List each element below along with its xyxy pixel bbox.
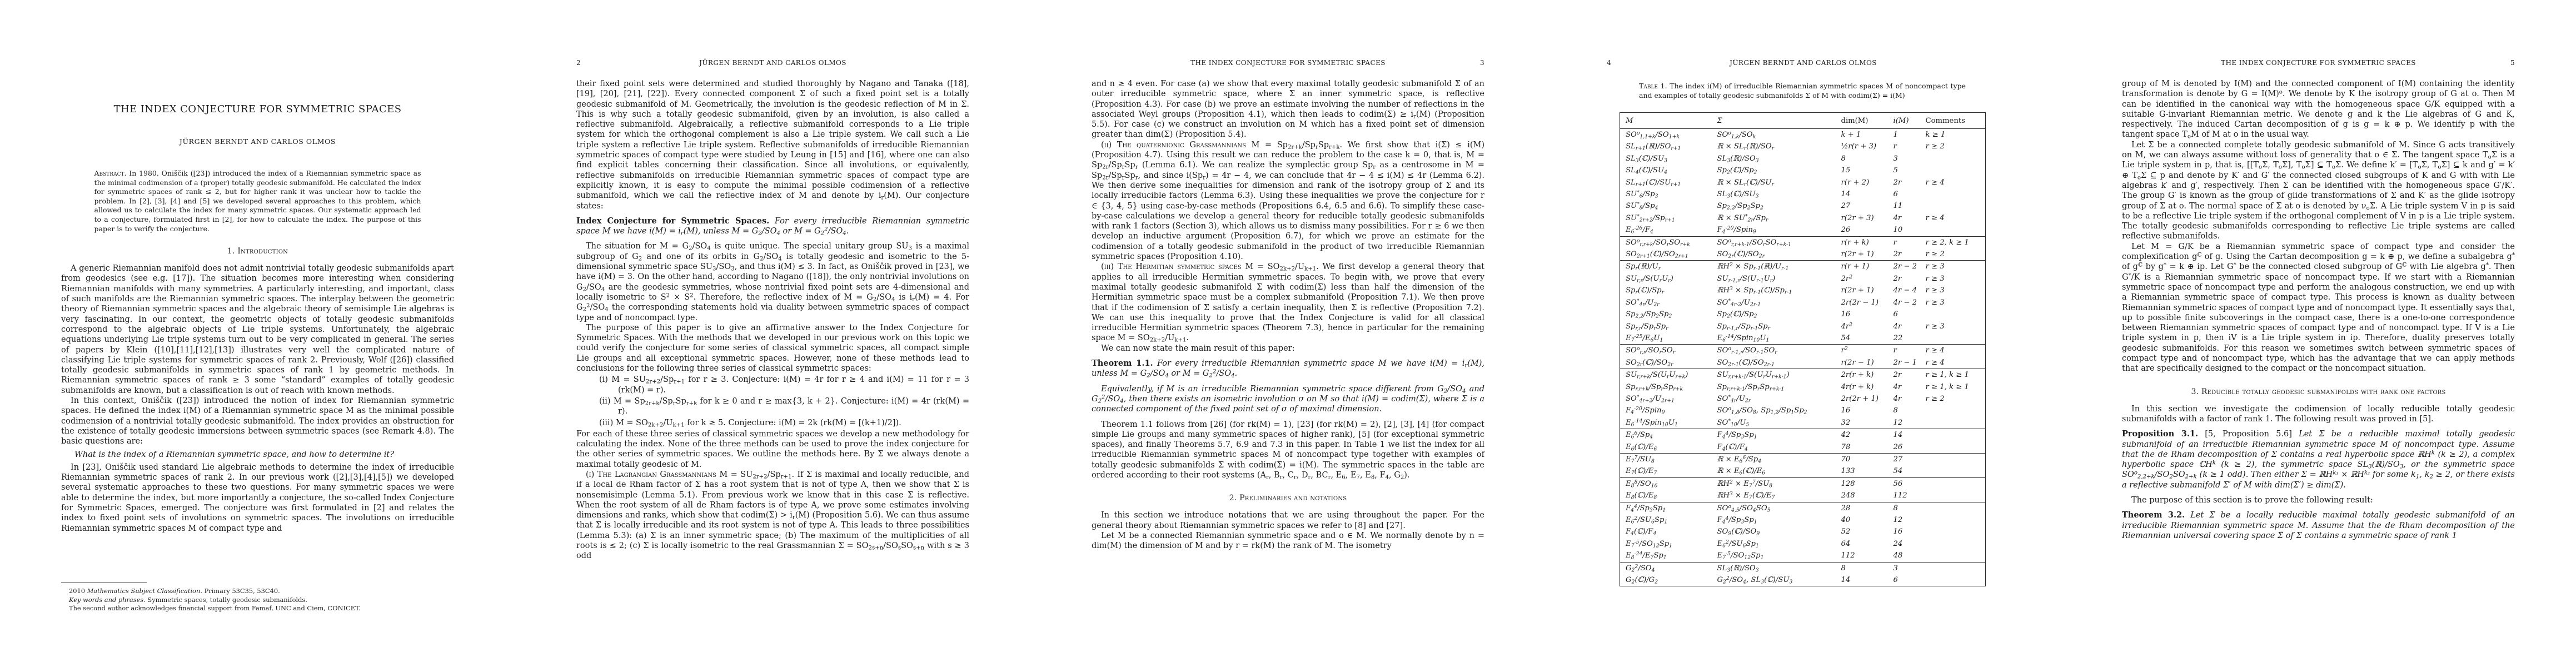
paragraph: Let M be a connected Riemannian symmetri… [1092,531,1484,551]
table-cell: 2r(2r + 1) [1836,393,1888,405]
footnote: 2010 Mathematics Subject Classification.… [61,587,454,596]
footnote: Key words and phrases. Symmetric spaces,… [61,596,454,605]
page-5: THE INDEX CONJECTURE FOR SYMMETRIC SPACE… [2061,0,2576,667]
column-header-i: i(M) [1888,113,1920,129]
table-cell: SL3(ℂ)/SU3 [1620,153,1712,165]
table-cell: SU*2r+2/Spr+1 [1620,212,1712,224]
page-2: 2 JÜRGEN BERNDT AND CARLOS OLMOS their f… [515,0,1030,667]
table-header-row: M Σ dim(M) i(M) Comments [1620,113,1986,129]
table-cell: 27 [1888,453,1920,465]
table-cell: SL4(ℂ)/SU4 [1620,165,1712,176]
table-cell [1920,453,1986,465]
table-cell: SLr+1(ℂ)/SUr+1 [1620,177,1712,188]
table-cell: 12 [1888,417,1920,429]
paragraph: and n ≥ 4 even. For case (a) we show tha… [1092,79,1484,140]
section-1-heading: 1. Introduction [61,247,454,256]
table-cell: 64 [1836,538,1888,550]
table-cell: r ≥ 4 [1920,212,1986,224]
table-cell: r(r + k) [1836,236,1888,248]
table-cell: 42 [1836,429,1888,441]
table-cell: 112 [1888,490,1920,502]
table-cell: r ≥ 3 [1920,273,1986,285]
table-row: SO2r(ℂ)/SO2rSO2r-1(ℂ)/SO2r-1r(2r − 1)2r … [1620,357,1986,369]
table-row: SO*4r/U2rSO*4r-2/U2r-12r(2r − 1)4r − 2r … [1620,297,1986,308]
table-cell: F4(ℂ)/F4 [1620,526,1712,537]
table-cell: r2 [1836,345,1888,357]
table-cell: r(2r + 1) [1836,285,1888,296]
paragraph: In this section we investigate the codim… [2122,404,2515,425]
table-row: Spr,r+k/SprSpr+kSpr,r+k-1/SprSpr+k-14r(r… [1620,381,1986,393]
table-cell: ℝ × E6(ℂ)/E6 [1712,465,1836,477]
table-cell [1920,514,1986,526]
table-cell: r ≥ 4 [1920,345,1986,357]
table-cell: Sp2,2/Sp2Sp2 [1712,200,1836,212]
table-cell: r ≥ 2, k ≥ 1 [1920,236,1986,248]
table-cell: r ≥ 2 [1920,248,1986,261]
table-cell: 4r − 2 [1888,297,1920,308]
table-cell: 56 [1888,477,1920,490]
table-cell: r ≥ 3 [1920,261,1986,273]
page-number: 3 [1462,59,1484,67]
table-cell: 6 [1888,574,1920,586]
page-number: 4 [1607,59,1629,67]
running-head-title: THE INDEX CONJECTURE FOR SYMMETRIC SPACE… [1114,59,1462,67]
table-cell: 8 [1888,502,1920,514]
column-header-dim: dim(M) [1836,113,1888,129]
page-3: THE INDEX CONJECTURE FOR SYMMETRIC SPACE… [1030,0,1546,667]
running-head: 4 JÜRGEN BERNDT AND CARLOS OLMOS [1607,0,2000,67]
table-cell: 2r2 [1836,273,1888,285]
table-cell [1920,153,1986,165]
table-cell [1920,538,1986,550]
paragraph: For each of these three series of classi… [576,429,969,470]
table-cell: 4r(r + k) [1836,381,1888,393]
footnotes: 2010 Mathematics Subject Classification.… [61,583,454,613]
table-cell: E7(ℂ)/E7 [1620,465,1712,477]
footnote-italic: Mathematics Subject Classification. [87,587,202,595]
table-cell: r(2r + 1) [1836,248,1888,261]
table-cell: ℝH3 × Spr-1(ℂ)/Spr-1 [1712,285,1836,296]
table-1: M Σ dim(M) i(M) Comments SOo1,1+k/SO1+kS… [1620,112,2000,586]
table-row: E8-24/E7Sp1E7-5/SO12Sp111248 [1620,550,1986,562]
theorem-1-1: Theorem 1.1. For every irreducible Riema… [1092,359,1484,379]
table-cell: G2(ℂ)/G2 [1620,574,1712,586]
table-cell: SOor,r/SOrSOr [1620,345,1712,357]
table-cell: k + 1 [1836,129,1888,141]
equivalently-paragraph: Equivalently, if M is an irreducible Rie… [1092,384,1484,415]
page-1: THE INDEX CONJECTURE FOR SYMMETRIC SPACE… [0,0,515,667]
paragraph: Let Σ be a connected complete totally ge… [2122,140,2515,242]
table-row: Sp2,2/Sp2Sp2Sp2(ℂ)/Sp2166 [1620,308,1986,320]
table-cell: SUr,r+k-1/S(UrUr+k-1) [1712,369,1836,381]
table-cell: 5 [1888,165,1920,176]
table-cell [1920,490,1986,502]
table-row: SL3(ℂ)/SU3SL3(ℝ)/SO383 [1620,153,1986,165]
table-cell: E7-25/E6U1 [1620,332,1712,345]
table-cell: 14 [1836,188,1888,200]
running-head: THE INDEX CONJECTURE FOR SYMMETRIC SPACE… [2122,0,2515,67]
index-conjecture: Index Conjecture for Symmetric Spaces. F… [576,216,969,237]
table-cell: SUr,r/S(UrUr) [1620,273,1712,285]
table-cell: E6-26/F4 [1620,224,1712,236]
paragraph: their fixed point sets were determined a… [576,79,969,211]
paragraph: In [23], Oniščik used standard Lie algeb… [61,462,454,534]
paragraph: The purpose of this paper is to give an … [576,323,969,374]
paragraph-text: M = SU2r+2/Spr+1. If Σ is maximal and lo… [576,470,969,560]
table-cell: 6 [1888,308,1920,320]
table-cell: E8-24/E7Sp1 [1620,550,1712,562]
table-caption-label: Table 1. [1639,82,1667,90]
footnote-text: Symmetric spaces, totally geodesic subma… [147,596,307,604]
table-cell: SO2r(ℂ)/SO2r [1712,248,1836,261]
table-row: Spr(ℂ)/SprℝH3 × Spr-1(ℂ)/Spr-1r(2r + 1)4… [1620,285,1986,296]
table-cell: 6 [1888,188,1920,200]
table-cell: E6(ℂ)/E6 [1620,441,1712,454]
table-cell: ℝ × SLr(ℂ)/SUr [1712,177,1836,188]
table-cell [1920,332,1986,345]
table-cell: 2r(2r − 1) [1836,297,1888,308]
table-cell: Spr-1,r/Spr-1Spr [1712,321,1836,332]
table-cell [1920,550,1986,562]
table-cell: r ≥ 1, k ≥ 1 [1920,369,1986,381]
table-row: SU*8/Sp4Sp2,2/Sp2Sp22711 [1620,200,1986,212]
table-cell: SL3(ℝ)/SO3 [1712,153,1836,165]
table-cell: E88/SO16 [1620,477,1712,490]
table-cell: 16 [1836,308,1888,320]
table-cell: k ≥ 1 [1920,129,1986,141]
paragraph: (i) The Lagrangian Grassmannians M = SU2… [576,470,969,561]
footnote: The second author acknowledges financial… [61,604,454,613]
paper-authors: JÜRGEN BERNDT AND CARLOS OLMOS [61,137,454,146]
table-cell: SL3(ℝ)/SO3 [1712,562,1836,574]
table-cell: Spr,r+k-1/SprSpr+k-1 [1712,381,1836,393]
table-cell: SU*8/Sp4 [1620,200,1712,212]
table-cell: SO2r-1(ℂ)/SO2r-1 [1712,357,1836,369]
table-cell: 112 [1836,550,1888,562]
paragraph: In this context, Oniščik ([23]) introduc… [61,396,454,446]
table-cell: 8 [1836,153,1888,165]
list-item-ii: (ii) M = Sp2r+k/SprSpr+k for k ≥ 0 and r… [576,396,969,417]
table-cell: F44/Sp3Sp1 [1620,502,1712,514]
table-cell: F44/Sp3Sp1 [1712,429,1836,441]
table-cell: 12 [1888,514,1920,526]
table-cell: 4r [1888,212,1920,224]
table-cell: 248 [1836,490,1888,502]
table-cell: F4(ℂ)/F4 [1712,441,1836,454]
table-cell: r [1888,345,1920,357]
table-cell: r [1888,236,1920,248]
theorem-label: Theorem 1.1. [1092,359,1153,368]
table-cell: ½r(r + 3) [1836,141,1888,152]
table-cell: Sp2,2/Sp2Sp2 [1620,308,1712,320]
table-cell [1920,165,1986,176]
theorem-3-2: Theorem 3.2. Let Σ be a locally reducibl… [2122,510,2515,541]
table-cell: SOo1,8/SO8, Sp1,2/Sp1Sp2 [1712,405,1836,416]
abstract: Abstract. In 1980, Oniščik ([23]) introd… [94,169,421,233]
paragraph: In this section we introduce notations t… [1092,510,1484,531]
table-cell: SO2r(ℂ)/SO2r [1620,357,1712,369]
running-head: THE INDEX CONJECTURE FOR SYMMETRIC SPACE… [1092,0,1484,67]
paragraph: The purpose of this section is to prove … [2122,495,2515,505]
table-cell: 3 [1888,153,1920,165]
table-cell: SLr+1(ℝ)/SOr+1 [1620,141,1712,152]
table-cell: SOo1,1+k/SO1+k [1620,129,1712,141]
table-cell: SO*4r-2/U2r-1 [1712,297,1836,308]
table-cell: 4r − 4 [1888,285,1920,296]
table-cell: SL3(ℂ)/SU3 [1712,188,1836,200]
abstract-text: In 1980, Oniščik ([23]) introduced the i… [94,169,421,233]
table-cell: 70 [1836,453,1888,465]
table-cell: SO*4r/U2r [1620,297,1712,308]
table-cell: E7-5/SO12Sp1 [1712,550,1836,562]
table-row: SUr,r+k/S(UrUr+k)SUr,r+k-1/S(UrUr+k-1)2r… [1620,369,1986,381]
paragraph: The situation for M = G2/SO4 is quite un… [576,241,969,322]
table-cell: Spr,r/SprSpr [1620,321,1712,332]
paragraph-text: M = Sp2r+k/SprSpr+k. We first show that … [1092,141,1484,261]
table-cell: 16 [1888,526,1920,537]
table-cell: 32 [1836,417,1888,429]
table-cell: SUr,r+k/S(UrUr+k) [1620,369,1712,381]
table-cell: G22/SO4, SL3(ℂ)/SU3 [1712,574,1836,586]
table-cell: r ≥ 2 [1920,141,1986,152]
footnote-rule [61,583,147,583]
table-cell: E77/SU8 [1620,453,1712,465]
table-cell: r ≥ 4 [1920,357,1986,369]
table-cell: r ≥ 3 [1920,285,1986,296]
list-item-iii: (iii) M = SO2k+2/Uk+1 for k ≥ 5. Conject… [576,418,969,428]
footnote-italic: Key words and phrases. [69,596,146,604]
table-cell: F4-20/Spin9 [1620,405,1712,416]
table-cell: SUr-1,r/S(Ur-1Ur) [1712,273,1836,285]
table-cell: r(2r + 3) [1836,212,1888,224]
table-caption-text: The index i(M) of irreducible Riemannian… [1639,82,1966,99]
run-in-heading: (ii) The quaternionic Grassmannians [1101,141,1246,150]
paragraph: A generic Riemannian manifold does not a… [61,263,454,396]
table-row: E66/Sp4F44/Sp3Sp14214 [1620,429,1986,441]
footnote-text: 2010 [69,587,85,595]
table-cell: 10 [1888,224,1920,236]
table-cell: 27 [1836,200,1888,212]
table-cell: G22/SO4 [1620,562,1712,574]
table-cell: E62/SU6Sp1 [1712,538,1836,550]
table-cell: Sp2(ℂ)/Sp2 [1712,165,1836,176]
table-cell: SOo1,k/SOk [1712,129,1836,141]
table-cell: r ≥ 3 [1920,321,1986,332]
table-cell: 26 [1888,441,1920,454]
list-item-i: (i) M = SU2r+2/Spr+1 for r ≥ 3. Conjectu… [576,375,969,395]
table-row: SLr+1(ℝ)/SOr+1ℝ × SLr(ℝ)/SOr½r(r + 3)rr … [1620,141,1986,152]
table-cell: F4-20/Spin9 [1712,224,1836,236]
table-row: F44/Sp3Sp1SOo4,5/SO4SO5288 [1620,502,1986,514]
abstract-label: Abstract. [94,169,127,177]
table-cell: r ≥ 2 [1920,393,1986,405]
table-cell: 2r [1888,369,1920,381]
table-row: SOo1,1+k/SO1+kSOo1,k/SOkk + 11k ≥ 1 [1620,129,1986,141]
table-cell: E7-5/SO12Sp1 [1620,538,1712,550]
table-cell [1920,405,1986,416]
table-row: E62/SU6Sp1F44/Sp3Sp14012 [1620,514,1986,526]
table-row: E88/SO16ℝH2 × E77/SU812856 [1620,477,1986,490]
table-cell: r(2r − 1) [1836,357,1888,369]
paragraph: (iii) The Hermitian symmetric spaces M =… [1092,262,1484,343]
index-table: M Σ dim(M) i(M) Comments SOo1,1+k/SO1+kS… [1620,112,1986,586]
table-row: Spr(ℝ)/UrℝH2 × Spr-1(ℝ)/Ur-1r(r + 1)2r −… [1620,261,1986,273]
table-cell: 26 [1836,224,1888,236]
table-cell: r ≥ 4 [1920,177,1986,188]
paragraph: group of M is denoted by I(M) and the co… [2122,79,2515,140]
table-row: E6-14/Spin10U1SO*10/U53212 [1620,417,1986,429]
section-2-heading: 2. Preliminaries and notations [1092,494,1484,502]
table-cell: E66/Sp4 [1620,429,1712,441]
column-header-Sigma: Σ [1712,113,1836,129]
table-cell: E6-14/Spin10U1 [1712,332,1836,345]
table-cell: SO*4r+2/U2r+1 [1620,393,1712,405]
table-cell [1920,188,1986,200]
table-cell: SO*4r/U2r [1712,393,1836,405]
table-cell: ℝH2 × E77/SU8 [1712,477,1836,490]
table-cell: SO2r+1(ℂ)/SO2r+1 [1620,248,1712,261]
table-cell: 28 [1836,502,1888,514]
table-cell: Spr(ℝ)/Ur [1620,261,1712,273]
table-cell: SOor,r+k/SOrSOr+k [1620,236,1712,248]
table-cell: 15 [1836,165,1888,176]
table-row: F4-20/Spin9SOo1,8/SO8, Sp1,2/Sp1Sp2168 [1620,405,1986,416]
table-cell [1920,224,1986,236]
running-head-authors: JÜRGEN BERNDT AND CARLOS OLMOS [599,59,947,67]
table-row: G22/SO4SL3(ℝ)/SO383 [1620,562,1986,574]
table-cell: 14 [1888,429,1920,441]
table-cell: ℝ × SLr(ℝ)/SOr [1712,141,1836,152]
table-cell: 4r [1888,381,1920,393]
table-cell [1920,429,1986,441]
paragraph: We can now state the main result of this… [1092,344,1484,354]
table-cell: 54 [1836,332,1888,345]
theorem-label: Theorem 3.2. [2122,510,2185,520]
table-cell: SO9(ℂ)/SO9 [1712,526,1836,537]
page-number: 5 [2493,59,2515,67]
paragraph: (ii) The quaternionic Grassmannians M = … [1092,140,1484,262]
column-header-comments: Comments [1920,113,1986,129]
table-cell: 1 [1888,129,1920,141]
table-cell [1920,465,1986,477]
table-cell: E6-14/Spin10U1 [1620,417,1712,429]
table-row: E6(ℂ)/E6F4(ℂ)/F47826 [1620,441,1986,454]
question-line: What is the index of a Riemannian symmet… [61,450,454,460]
table-cell: 14 [1836,574,1888,586]
table-row: F4(ℂ)/F4SO9(ℂ)/SO95216 [1620,526,1986,537]
table-cell: 2r [1888,273,1920,285]
table-row: Spr,r/SprSprSpr-1,r/Spr-1Spr4r24rr ≥ 3 [1620,321,1986,332]
table-cell: r ≥ 3 [1920,297,1986,308]
run-in-heading: (i) The Lagrangian Grassmannians [586,470,716,479]
table-cell: E8(ℂ)/E8 [1620,490,1712,502]
table-cell: 4r [1888,393,1920,405]
table-row: E8(ℂ)/E8ℝH3 × E7(ℂ)/E7248112 [1620,490,1986,502]
table-row: SU*6/Sp3SL3(ℂ)/SU3146 [1620,188,1986,200]
table-row: E7-25/E6U1E6-14/Spin10U15422 [1620,332,1986,345]
table-cell: E62/SU6Sp1 [1620,514,1712,526]
page-4: 4 JÜRGEN BERNDT AND CARLOS OLMOS Table 1… [1546,0,2061,667]
table-cell: r(r + 2) [1836,177,1888,188]
table-cell: 16 [1836,405,1888,416]
table-row: SUr,r/S(UrUr)SUr-1,r/S(Ur-1Ur)2r22rr ≥ 3 [1620,273,1986,285]
paragraph: Theorem 1.1 follows from [26] (for rk(M)… [1092,420,1484,481]
paper-title: THE INDEX CONJECTURE FOR SYMMETRIC SPACE… [61,103,454,115]
table-cell: 2r − 1 [1888,357,1920,369]
table-cell: ℝH3 × E7(ℂ)/E7 [1712,490,1836,502]
table-cell: r ≥ 1, k ≥ 1 [1920,381,1986,393]
table-cell: 4r2 [1836,321,1888,332]
table-cell [1920,200,1986,212]
table-row: SOor,r+k/SOrSOr+kSOor,r+k-1/SOrSOr+k-1r(… [1620,236,1986,248]
table-caption: Table 1. The index i(M) of irreducible R… [1639,81,1966,100]
table-cell: 8 [1836,562,1888,574]
table-row: SOor,r/SOrSOrSOor-1,r/SOr-1SOrr2rr ≥ 4 [1620,345,1986,357]
running-head-title: THE INDEX CONJECTURE FOR SYMMETRIC SPACE… [2144,59,2493,67]
table-cell: 2r − 2 [1888,261,1920,273]
running-head-authors: JÜRGEN BERNDT AND CARLOS OLMOS [1629,59,1977,67]
table-cell: r(r + 1) [1836,261,1888,273]
table-row: E6-26/F4F4-20/Spin92610 [1620,224,1986,236]
table-row: SL4(ℂ)/SU4Sp2(ℂ)/Sp2155 [1620,165,1986,176]
table-cell: 22 [1888,332,1920,345]
table-cell [1920,526,1986,537]
table-cell: 24 [1888,538,1920,550]
table-cell: SOor,r+k-1/SOrSOr+k-1 [1712,236,1836,248]
conjecture-label: Index Conjecture for Symmetric Spaces. [576,216,769,226]
table-cell: 52 [1836,526,1888,537]
table-row: E7-5/SO12Sp1E62/SU6Sp16424 [1620,538,1986,550]
table-cell: 3 [1888,562,1920,574]
table-cell: 48 [1888,550,1920,562]
paragraph-text: M = SO2k+2/Uk+1. We first develop a gene… [1092,262,1484,342]
paragraph: Let M = G/K be a Riemannian symmetric sp… [2122,242,2515,374]
page-number: 2 [576,59,599,67]
table-row: E77/SU8ℝ × E66/Sp47027 [1620,453,1986,465]
table-cell: 2r [1888,248,1920,261]
table-cell: 128 [1836,477,1888,490]
table-row: E7(ℂ)/E7ℝ × E6(ℂ)/E613354 [1620,465,1986,477]
proposition-text: Let Σ be a reducible maximal totally geo… [2122,430,2515,489]
table-row: SO*4r+2/U2r+1SO*4r/U2r2r(2r + 1)4rr ≥ 2 [1620,393,1986,405]
table-cell [1920,574,1986,586]
table-cell: SU*6/Sp3 [1620,188,1712,200]
table-row: G2(ℂ)/G2G22/SO4, SL3(ℂ)/SU3146 [1620,574,1986,586]
table-cell: F44/Sp3Sp1 [1712,514,1836,526]
footnote-text: Primary 53C35, 53C40. [205,587,280,595]
table-cell: 133 [1836,465,1888,477]
table-row: SO2r+1(ℂ)/SO2r+1SO2r(ℂ)/SO2rr(2r + 1)2rr… [1620,248,1986,261]
table-cell: 11 [1888,200,1920,212]
table-cell: 2r(r + k) [1836,369,1888,381]
table-cell: ℝ × E66/Sp4 [1712,453,1836,465]
table-cell: SOor-1,r/SOr-1SOr [1712,345,1836,357]
table-cell: Spr(ℂ)/Spr [1620,285,1712,296]
table-cell: 8 [1888,405,1920,416]
table-cell [1920,562,1986,574]
table-row: SU*2r+2/Spr+1ℝ × SU*2r/Sprr(2r + 3)4rr ≥… [1620,212,1986,224]
proposition-label: Proposition 3.1. [2122,429,2198,439]
table-cell: SOo4,5/SO4SO5 [1712,502,1836,514]
table-cell [1920,477,1986,490]
paper-scan: { "watermark": {"text": "arXiv:2003.0139… [0,0,2576,667]
column-header-M: M [1620,113,1712,129]
proposition-ref: [5, Proposition 5.6] [2205,430,2292,439]
table-cell [1920,308,1986,320]
table-cell: ℝ × SU*2r/Spr [1712,212,1836,224]
section-3-heading: 3. Reducible totally geodesic submanifol… [2122,387,2515,396]
table-cell: r [1888,141,1920,152]
